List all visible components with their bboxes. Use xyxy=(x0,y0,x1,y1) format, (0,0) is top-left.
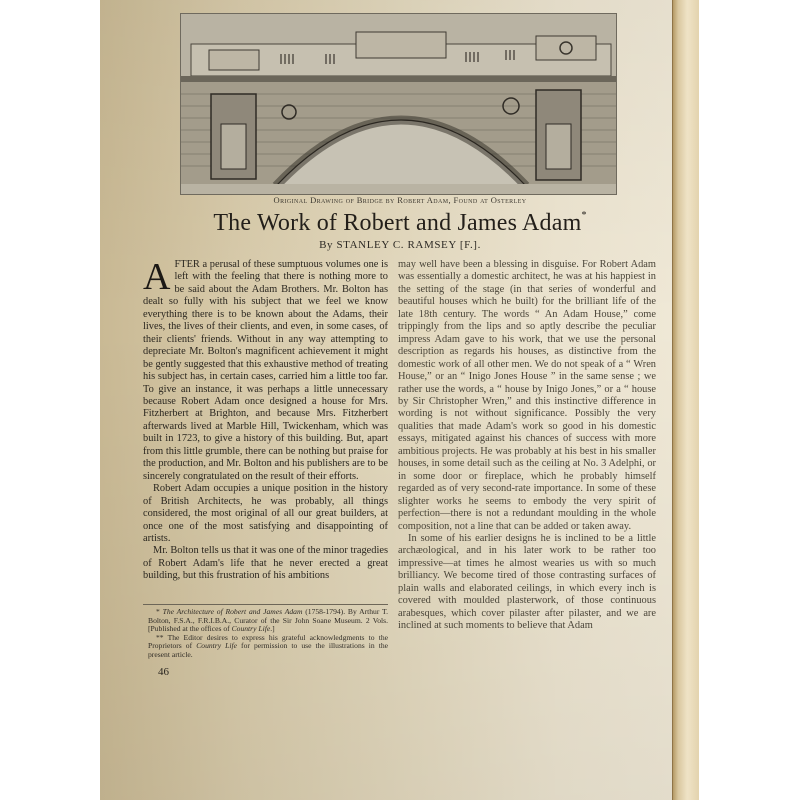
paragraph: Mr. Bolton tells us that it was one of t… xyxy=(143,545,388,582)
footnote-2: ** The Editor desires to express his gra… xyxy=(148,634,388,660)
drop-cap: A xyxy=(143,261,170,293)
left-column: AFTER a perusal of these sumptuous volum… xyxy=(143,259,388,583)
page-number: 46 xyxy=(158,666,169,678)
right-column: may well have been a blessing in disguis… xyxy=(398,259,656,633)
bridge-drawing-icon xyxy=(181,14,616,194)
paragraph: AFTER a perusal of these sumptuous volum… xyxy=(143,259,388,483)
title-footnote-mark: * xyxy=(581,210,586,221)
paragraph: may well have been a blessing in disguis… xyxy=(398,259,656,533)
bridge-illustration xyxy=(180,13,617,195)
paragraph-text: FTER a perusal of these sumptuous volume… xyxy=(143,259,388,482)
paragraph: Robert Adam occupies a unique position i… xyxy=(143,483,388,545)
article-title: The Work of Robert and James Adam* xyxy=(150,210,650,237)
footnote-1: * The Architecture of Robert and James A… xyxy=(148,608,388,634)
figure-caption: Original Drawing of Bridge by Robert Ada… xyxy=(170,195,630,205)
article-title-text: The Work of Robert and James Adam xyxy=(213,210,581,236)
footnotes: * The Architecture of Robert and James A… xyxy=(148,608,388,660)
page-edge xyxy=(672,0,699,800)
footnote-divider xyxy=(143,604,388,605)
paragraph: In some of his earlier designs he is inc… xyxy=(398,533,656,633)
publisher-name: Country Life xyxy=(196,641,237,650)
article-byline: By STANLEY C. RAMSEY [F.]. xyxy=(170,239,630,251)
